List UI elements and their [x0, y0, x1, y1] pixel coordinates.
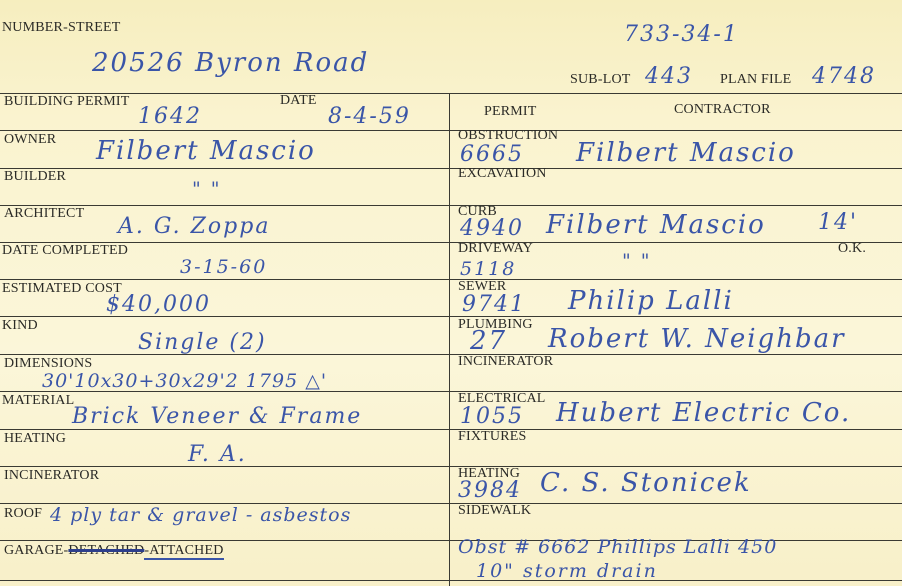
- rule: [0, 279, 902, 280]
- building-permit-value: 1642: [138, 104, 202, 129]
- architect-label: ARCHITECT: [4, 206, 84, 222]
- electrical-permit: 1055: [460, 404, 524, 429]
- heating-contractor: C. S. Stonicek: [540, 468, 752, 498]
- curb-note: 14': [818, 210, 858, 235]
- driveway-permit: 5118: [460, 258, 516, 280]
- plan-file-label: PLAN FILE: [720, 72, 791, 88]
- rule: [0, 93, 902, 94]
- material-value: Brick Veneer & Frame: [72, 404, 362, 429]
- owner-label: OWNER: [4, 132, 56, 148]
- sub-lot-value: 443: [645, 64, 693, 89]
- contractor-header: CONTRACTOR: [674, 102, 771, 118]
- rule: [0, 354, 902, 355]
- garage-detached-struck: DETACHED: [68, 543, 144, 558]
- sub-lot-label: SUB-LOT: [570, 72, 631, 88]
- parcel-number: 733-34-1: [624, 22, 739, 47]
- dimensions-value: 30'10x30+30x29'2 1795 △': [42, 370, 327, 392]
- curb-permit: 4940: [460, 216, 524, 241]
- roof-value: 4 ply tar & gravel - asbestos: [50, 504, 351, 526]
- rule: [0, 429, 902, 430]
- rule: [0, 168, 902, 169]
- plumbing-permit: 27: [470, 326, 507, 356]
- number-street-label: NUMBER-STREET: [2, 20, 121, 36]
- date-label: DATE: [280, 93, 317, 109]
- obstruction-permit: 6665: [460, 142, 524, 167]
- address-value: 20526 Byron Road: [92, 48, 369, 78]
- driveway-label: DRIVEWAY: [458, 241, 533, 257]
- kind-label: KIND: [2, 318, 38, 334]
- rule: [0, 242, 902, 243]
- builder-value: " ": [192, 178, 222, 200]
- column-divider: [449, 93, 450, 586]
- heating-value: F. A.: [188, 442, 247, 467]
- note-line-1: Obst # 6662 Phillips Lalli 450: [458, 536, 777, 558]
- note-line-2: 10" storm drain: [476, 560, 658, 582]
- driveway-contractor: " ": [622, 250, 652, 272]
- fixtures-label: FIXTURES: [458, 429, 527, 445]
- heating-label: HEATING: [4, 431, 66, 447]
- date-value: 8-4-59: [328, 104, 411, 129]
- garage-attached-underlined: -ATTACHED: [144, 543, 223, 560]
- building-permit-label: BUILDING PERMIT: [4, 94, 130, 110]
- incinerator-right-label: INCINERATOR: [458, 354, 553, 370]
- permit-card: NUMBER-STREET 20526 Byron Road 733-34-1 …: [0, 0, 902, 586]
- sewer-permit: 9741: [462, 292, 526, 317]
- excavation-label: EXCAVATION: [458, 166, 547, 182]
- obstruction-contractor: Filbert Mascio: [576, 138, 796, 168]
- garage-label: GARAGE-DETACHED-ATTACHED: [4, 543, 224, 559]
- date-completed-value: 3-15-60: [180, 256, 267, 278]
- estimated-cost-label: ESTIMATED COST: [2, 281, 122, 297]
- architect-value: A. G. Zoppa: [118, 214, 270, 239]
- heating-permit: 3984: [458, 478, 522, 503]
- rule: [0, 466, 902, 467]
- permit-header: PERMIT: [484, 104, 537, 120]
- sewer-contractor: Philip Lalli: [568, 286, 734, 316]
- electrical-contractor: Hubert Electric Co.: [556, 398, 851, 428]
- material-label: MATERIAL: [2, 393, 74, 409]
- rule: [0, 205, 902, 206]
- curb-contractor: Filbert Mascio: [546, 210, 766, 240]
- plumbing-contractor: Robert W. Neighbar: [548, 324, 846, 354]
- owner-value: Filbert Mascio: [96, 136, 316, 166]
- driveway-note: O.K.: [838, 241, 866, 257]
- roof-label: ROOF: [4, 506, 42, 522]
- rule: [0, 130, 902, 131]
- kind-value: Single (2): [138, 330, 267, 355]
- builder-label: BUILDER: [4, 169, 66, 185]
- incinerator-label: INCINERATOR: [4, 468, 99, 484]
- estimated-cost-value: $40,000: [106, 292, 211, 317]
- sidewalk-label: SIDEWALK: [458, 503, 531, 519]
- plan-file-value: 4748: [812, 64, 876, 89]
- date-completed-label: DATE COMPLETED: [2, 243, 128, 259]
- garage-prefix: GARAGE-: [4, 543, 68, 558]
- rule: [0, 580, 902, 581]
